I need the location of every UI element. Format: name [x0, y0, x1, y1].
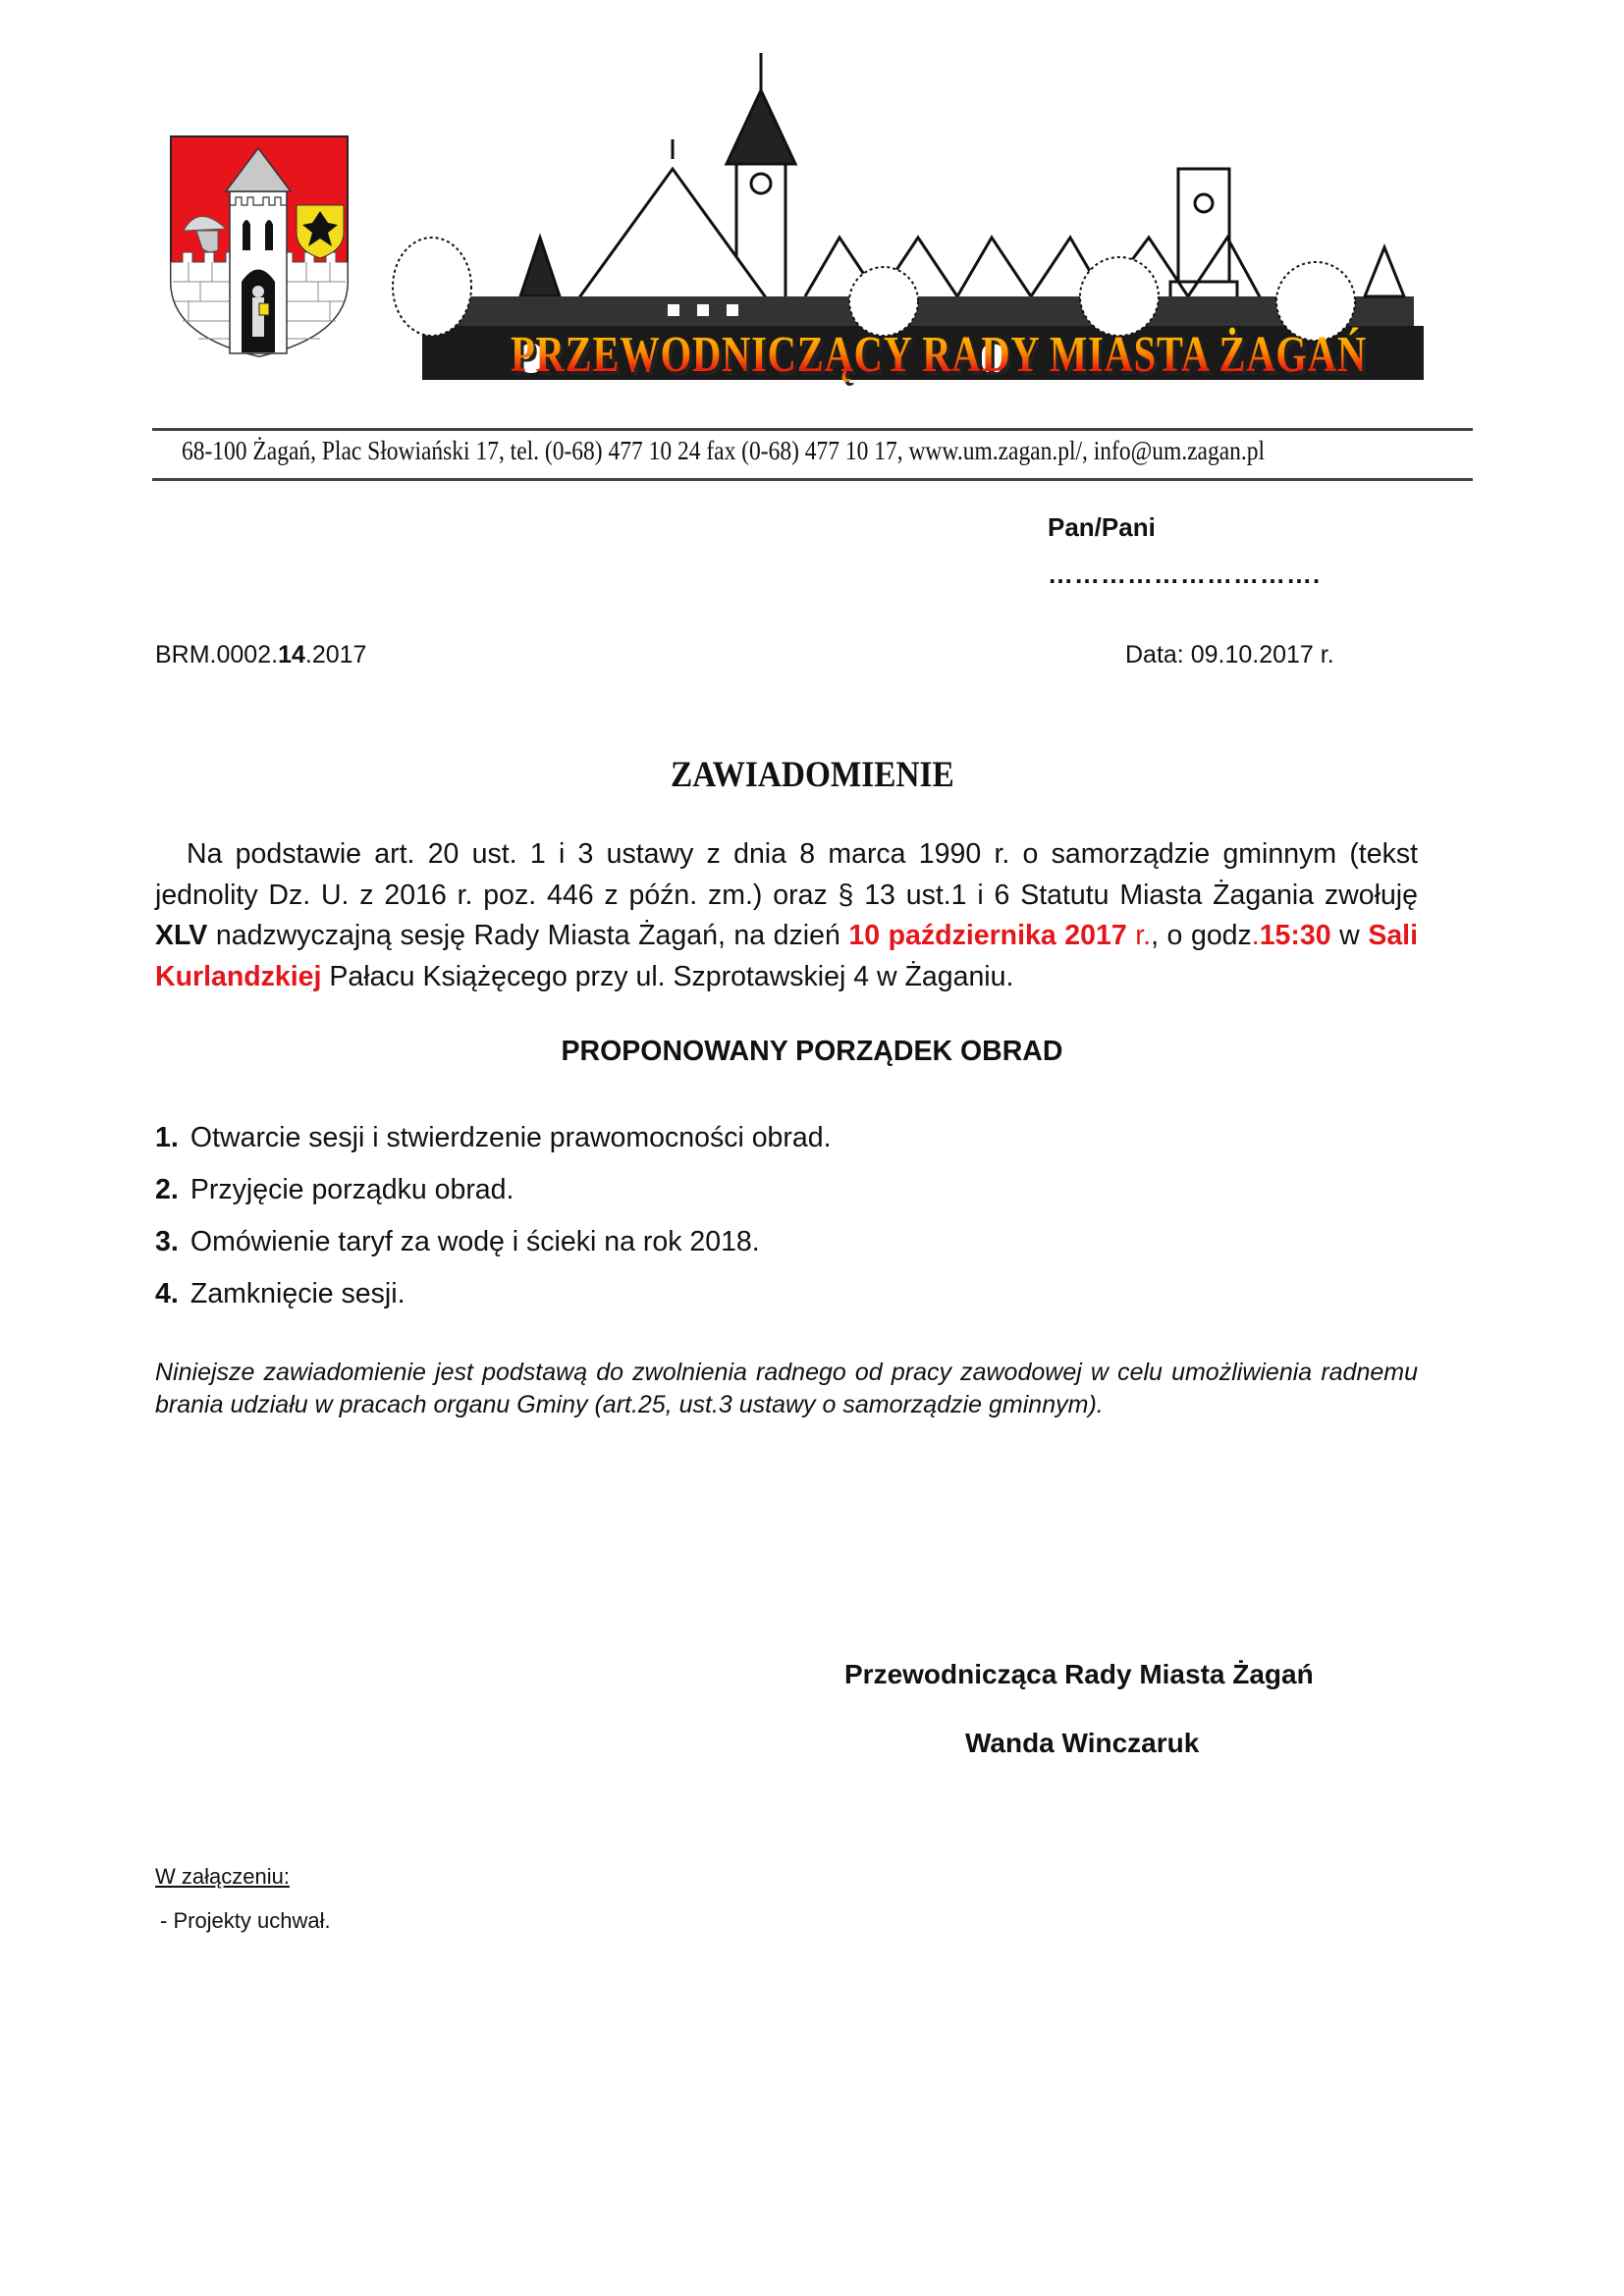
body-text: nadzwyczajną sesję Rady Miasta Żagań, na… [207, 920, 848, 951]
agenda-title: PROPONOWANY PORZĄDEK OBRAD [0, 1036, 1624, 1068]
agenda-item: 1. Otwarcie sesji i stwierdzenie prawomo… [155, 1112, 832, 1164]
reference-prefix: BRM.0002. [155, 641, 278, 668]
signature-name: Wanda Winczaruk [965, 1728, 1199, 1759]
header-divider-bottom [152, 478, 1473, 481]
agenda-item-number: 2. [155, 1164, 183, 1216]
session-number: XLV [155, 920, 207, 951]
notice-body-paragraph: Na podstawie art. 20 ust. 1 i 3 ustawy z… [155, 834, 1418, 997]
agenda-item-text: Zamknięcie sesji. [190, 1278, 406, 1309]
agenda-item-number: 4. [155, 1268, 183, 1320]
session-date-suffix: r. [1127, 920, 1151, 951]
reference-sequence: 14 [278, 641, 305, 668]
reference-number: BRM.0002.14.2017 [155, 641, 366, 669]
document-title: ZAWIADOMIENIE [0, 754, 1624, 796]
banner-title-text: PRZEWODNICZĄCY RADY MIASTA ŻAGAŃ [511, 326, 1367, 384]
body-text: Na podstawie art. 20 ust. 1 i 3 ustawy z… [155, 838, 1418, 911]
attachment-item: - Projekty uchwał. [160, 1908, 331, 1934]
body-text: , o godz [1151, 920, 1252, 951]
document-date: Data: 09.10.2017 r. [1125, 641, 1334, 669]
signature-role: Przewodnicząca Rady Miasta Żagań [0, 1659, 1624, 1690]
agenda-item: 2. Przyjęcie porządku obrad. [155, 1164, 832, 1216]
body-text: w [1331, 920, 1369, 951]
recipient-placeholder: …………………………. [1048, 560, 1321, 590]
time-separator: . [1252, 920, 1260, 951]
work-release-notice: Niniejsze zawiadomienie jest podstawą do… [155, 1357, 1418, 1421]
coat-of-arms-icon [169, 134, 350, 358]
agenda-item: 4. Zamknięcie sesji. [155, 1268, 832, 1320]
attachments-label: W załączeniu: [155, 1864, 290, 1890]
agenda-item-text: Otwarcie sesji i stwierdzenie prawomocno… [190, 1122, 832, 1153]
session-date: 10 października 2017 [848, 920, 1126, 951]
session-time: 15:30 [1260, 920, 1331, 951]
recipient-label: Pan/Pani [1048, 512, 1156, 543]
body-text: Pałacu Książęcego przy ul. Szprotawskiej… [321, 961, 1013, 992]
letterhead-banner-title: PRZEWODNICZĄCY RADY MIASTA ŻAGAŃ PRZEWOD… [511, 326, 1276, 395]
contact-line: 68-100 Żagań, Plac Słowiański 17, tel. (… [182, 436, 1265, 466]
agenda-list: 1. Otwarcie sesji i stwierdzenie prawomo… [155, 1112, 832, 1320]
agenda-item-text: Omówienie taryf za wodę i ścieki na rok … [190, 1226, 760, 1257]
agenda-item-number: 1. [155, 1112, 183, 1164]
reference-suffix: .2017 [305, 641, 367, 668]
agenda-item-text: Przyjęcie porządku obrad. [190, 1174, 514, 1205]
agenda-item-number: 3. [155, 1216, 183, 1268]
agenda-item: 3. Omówienie taryf za wodę i ścieki na r… [155, 1216, 832, 1268]
document-title-text: ZAWIADOMIENIE [671, 754, 954, 796]
header-divider-top [152, 428, 1473, 431]
